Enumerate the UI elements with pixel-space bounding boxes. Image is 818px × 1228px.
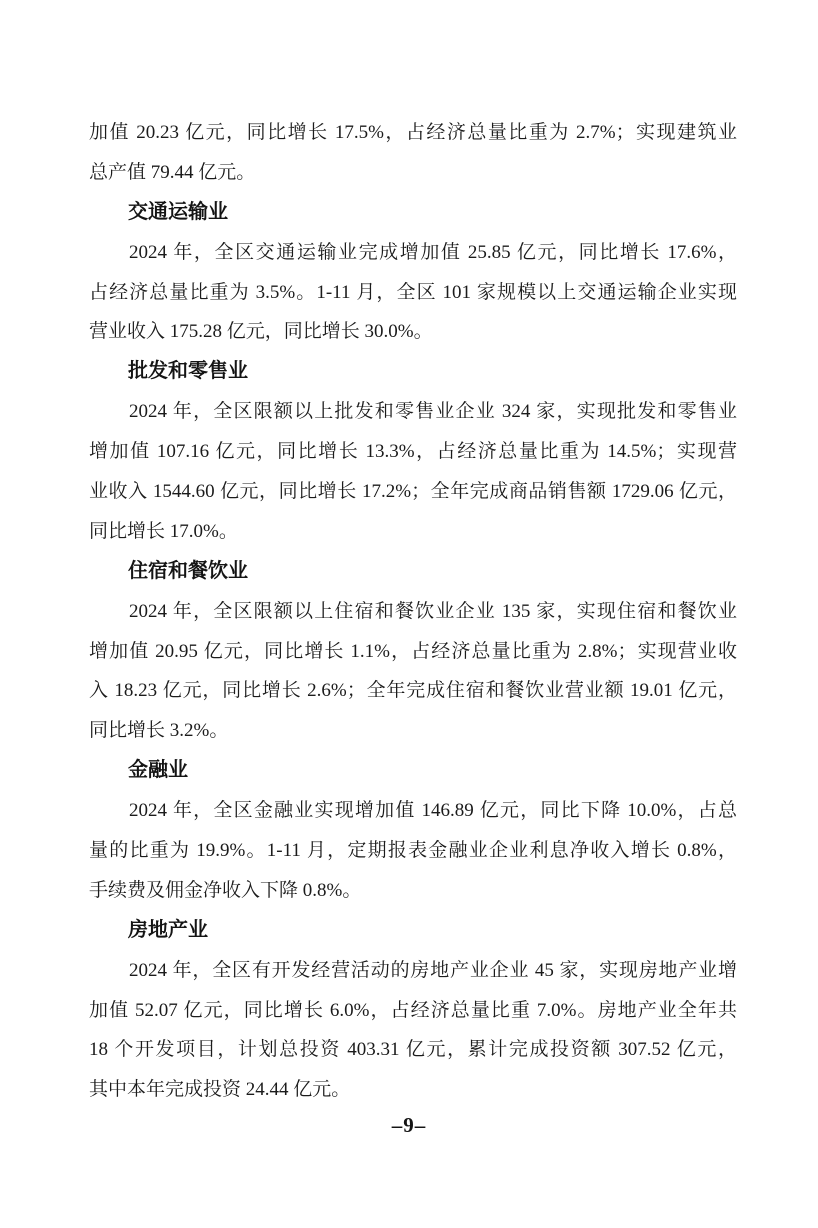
paragraph: 2024 年，全区限额以上住宿和餐饮业企业 135 家，实现住宿和餐饮业增加值 … <box>89 592 737 752</box>
text-line: 18 个开发项目，计划总投资 403.31 亿元，累计完成投资额 307.52 … <box>89 1030 737 1070</box>
paragraph: 加值 20.23 亿元，同比增长 17.5%，占经济总量比重为 2.7%；实现建… <box>89 113 737 193</box>
section-heading: 金融业 <box>89 751 737 791</box>
paragraph: 2024 年，全区交通运输业完成增加值 25.85 亿元，同比增长 17.6%，… <box>89 233 737 353</box>
text-line: 加值 20.23 亿元，同比增长 17.5%，占经济总量比重为 2.7%；实现建… <box>89 113 737 153</box>
text-line: 占经济总量比重为 3.5%。1-11 月，全区 101 家规模以上交通运输企业实… <box>89 273 737 313</box>
text-line: 同比增长 17.0%。 <box>89 512 737 552</box>
text-line: 业收入 1544.60 亿元，同比增长 17.2%；全年完成商品销售额 1729… <box>89 472 737 512</box>
text-line: 手续费及佣金净收入下降 0.8%。 <box>89 871 737 911</box>
paragraph: 2024 年，全区有开发经营活动的房地产业企业 45 家，实现房地产业增加值 5… <box>89 951 737 1111</box>
section-heading: 交通运输业 <box>89 193 737 233</box>
document-content: 加值 20.23 亿元，同比增长 17.5%，占经济总量比重为 2.7%；实现建… <box>89 113 737 1110</box>
text-line: 总产值 79.44 亿元。 <box>89 153 737 193</box>
paragraph: 2024 年，全区金融业实现增加值 146.89 亿元，同比下降 10.0%，占… <box>89 791 737 911</box>
text-line: 其中本年完成投资 24.44 亿元。 <box>89 1070 737 1110</box>
paragraph: 2024 年，全区限额以上批发和零售业企业 324 家，实现批发和零售业增加值 … <box>89 392 737 552</box>
text-line: 2024 年，全区限额以上住宿和餐饮业企业 135 家，实现住宿和餐饮业 <box>89 592 737 632</box>
text-line: 加值 52.07 亿元，同比增长 6.0%，占经济总量比重 7.0%。房地产业全… <box>89 991 737 1031</box>
page-number: –9– <box>392 1113 427 1137</box>
text-line: 2024 年，全区金融业实现增加值 146.89 亿元，同比下降 10.0%，占… <box>89 791 737 831</box>
section-heading: 批发和零售业 <box>89 352 737 392</box>
text-line: 营业收入 175.28 亿元，同比增长 30.0%。 <box>89 312 737 352</box>
text-line: 量的比重为 19.9%。1-11 月，定期报表金融业企业利息净收入增长 0.8%… <box>89 831 737 871</box>
document-page: 加值 20.23 亿元，同比增长 17.5%，占经济总量比重为 2.7%；实现建… <box>0 0 818 1228</box>
page-footer: –9– <box>0 1110 818 1140</box>
section-heading: 房地产业 <box>89 911 737 951</box>
text-line: 2024 年，全区有开发经营活动的房地产业企业 45 家，实现房地产业增 <box>89 951 737 991</box>
text-line: 增加值 20.95 亿元，同比增长 1.1%，占经济总量比重为 2.8%；实现营… <box>89 632 737 672</box>
text-line: 2024 年，全区交通运输业完成增加值 25.85 亿元，同比增长 17.6%， <box>89 233 737 273</box>
text-line: 同比增长 3.2%。 <box>89 711 737 751</box>
text-line: 2024 年，全区限额以上批发和零售业企业 324 家，实现批发和零售业 <box>89 392 737 432</box>
text-line: 入 18.23 亿元，同比增长 2.6%；全年完成住宿和餐饮业营业额 19.01… <box>89 671 737 711</box>
text-line: 增加值 107.16 亿元，同比增长 13.3%，占经济总量比重为 14.5%；… <box>89 432 737 472</box>
section-heading: 住宿和餐饮业 <box>89 552 737 592</box>
